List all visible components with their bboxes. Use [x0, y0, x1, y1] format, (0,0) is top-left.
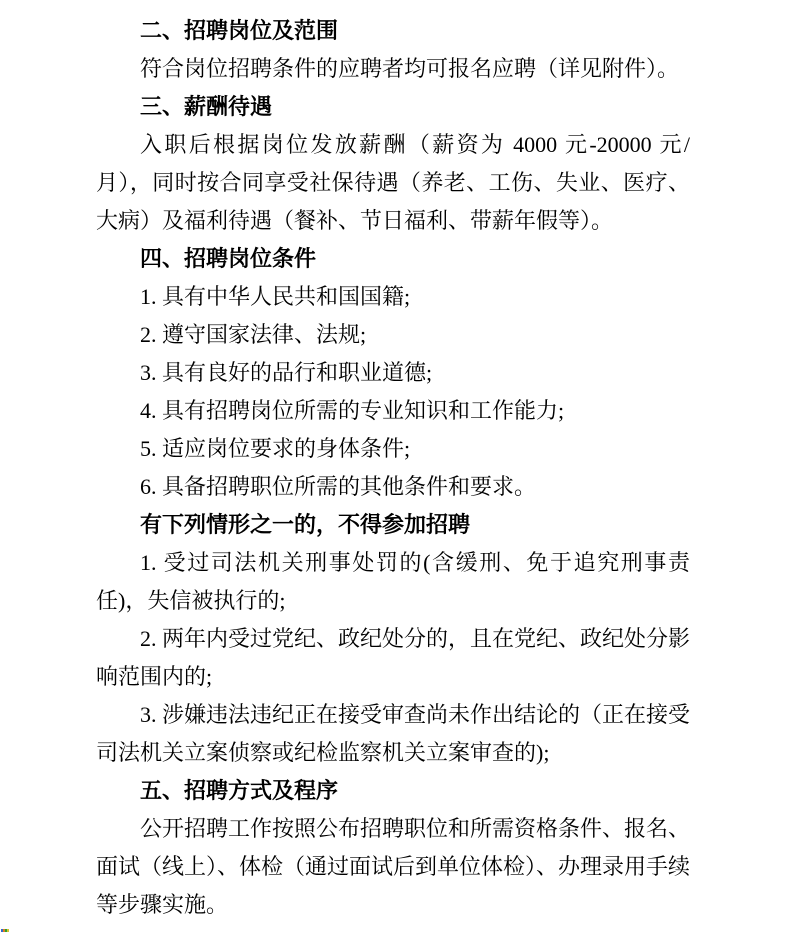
paragraph: 1. 受过司法机关刑事处罚的(含缓刑、免于追究刑事责任)，失信被执行的;	[96, 544, 690, 620]
paragraph: 公开招聘工作按照公布招聘职位和所需资格条件、报名、面试（线上）、体检（通过面试后…	[96, 810, 690, 924]
document-page: 二、招聘岗位及范围符合岗位招聘条件的应聘者均可报名应聘（详见附件）。三、薪酬待遇…	[0, 0, 788, 933]
document-content: 二、招聘岗位及范围符合岗位招聘条件的应聘者均可报名应聘（详见附件）。三、薪酬待遇…	[96, 12, 690, 924]
paragraph: 6. 具备招聘职位所需的其他条件和要求。	[96, 468, 690, 506]
section-heading: 五、招聘方式及程序	[96, 772, 690, 810]
pixel-artifact	[1, 929, 9, 932]
section-heading: 四、招聘岗位条件	[96, 240, 690, 278]
section-heading: 二、招聘岗位及范围	[96, 12, 690, 50]
paragraph: 2. 两年内受过党纪、政纪处分的，且在党纪、政纪处分影响范围内的;	[96, 620, 690, 696]
paragraph: 5. 适应岗位要求的身体条件;	[96, 430, 690, 468]
paragraph: 4. 具有招聘岗位所需的专业知识和工作能力;	[96, 392, 690, 430]
paragraph: 符合岗位招聘条件的应聘者均可报名应聘（详见附件）。	[96, 50, 690, 88]
section-heading: 三、薪酬待遇	[96, 88, 690, 126]
paragraph: 2. 遵守国家法律、法规;	[96, 316, 690, 354]
pixel-artifact-dot	[7, 929, 9, 932]
paragraph: 3. 涉嫌违法违纪正在接受审查尚未作出结论的（正在接受司法机关立案侦察或纪检监察…	[96, 696, 690, 772]
paragraph: 入职后根据岗位发放薪酬（薪资为 4000 元-20000 元/月），同时按合同享…	[96, 126, 690, 240]
paragraph: 1. 具有中华人民共和国国籍;	[96, 278, 690, 316]
paragraph: 3. 具有良好的品行和职业道德;	[96, 354, 690, 392]
sub-heading: 有下列情形之一的，不得参加招聘	[96, 506, 690, 544]
